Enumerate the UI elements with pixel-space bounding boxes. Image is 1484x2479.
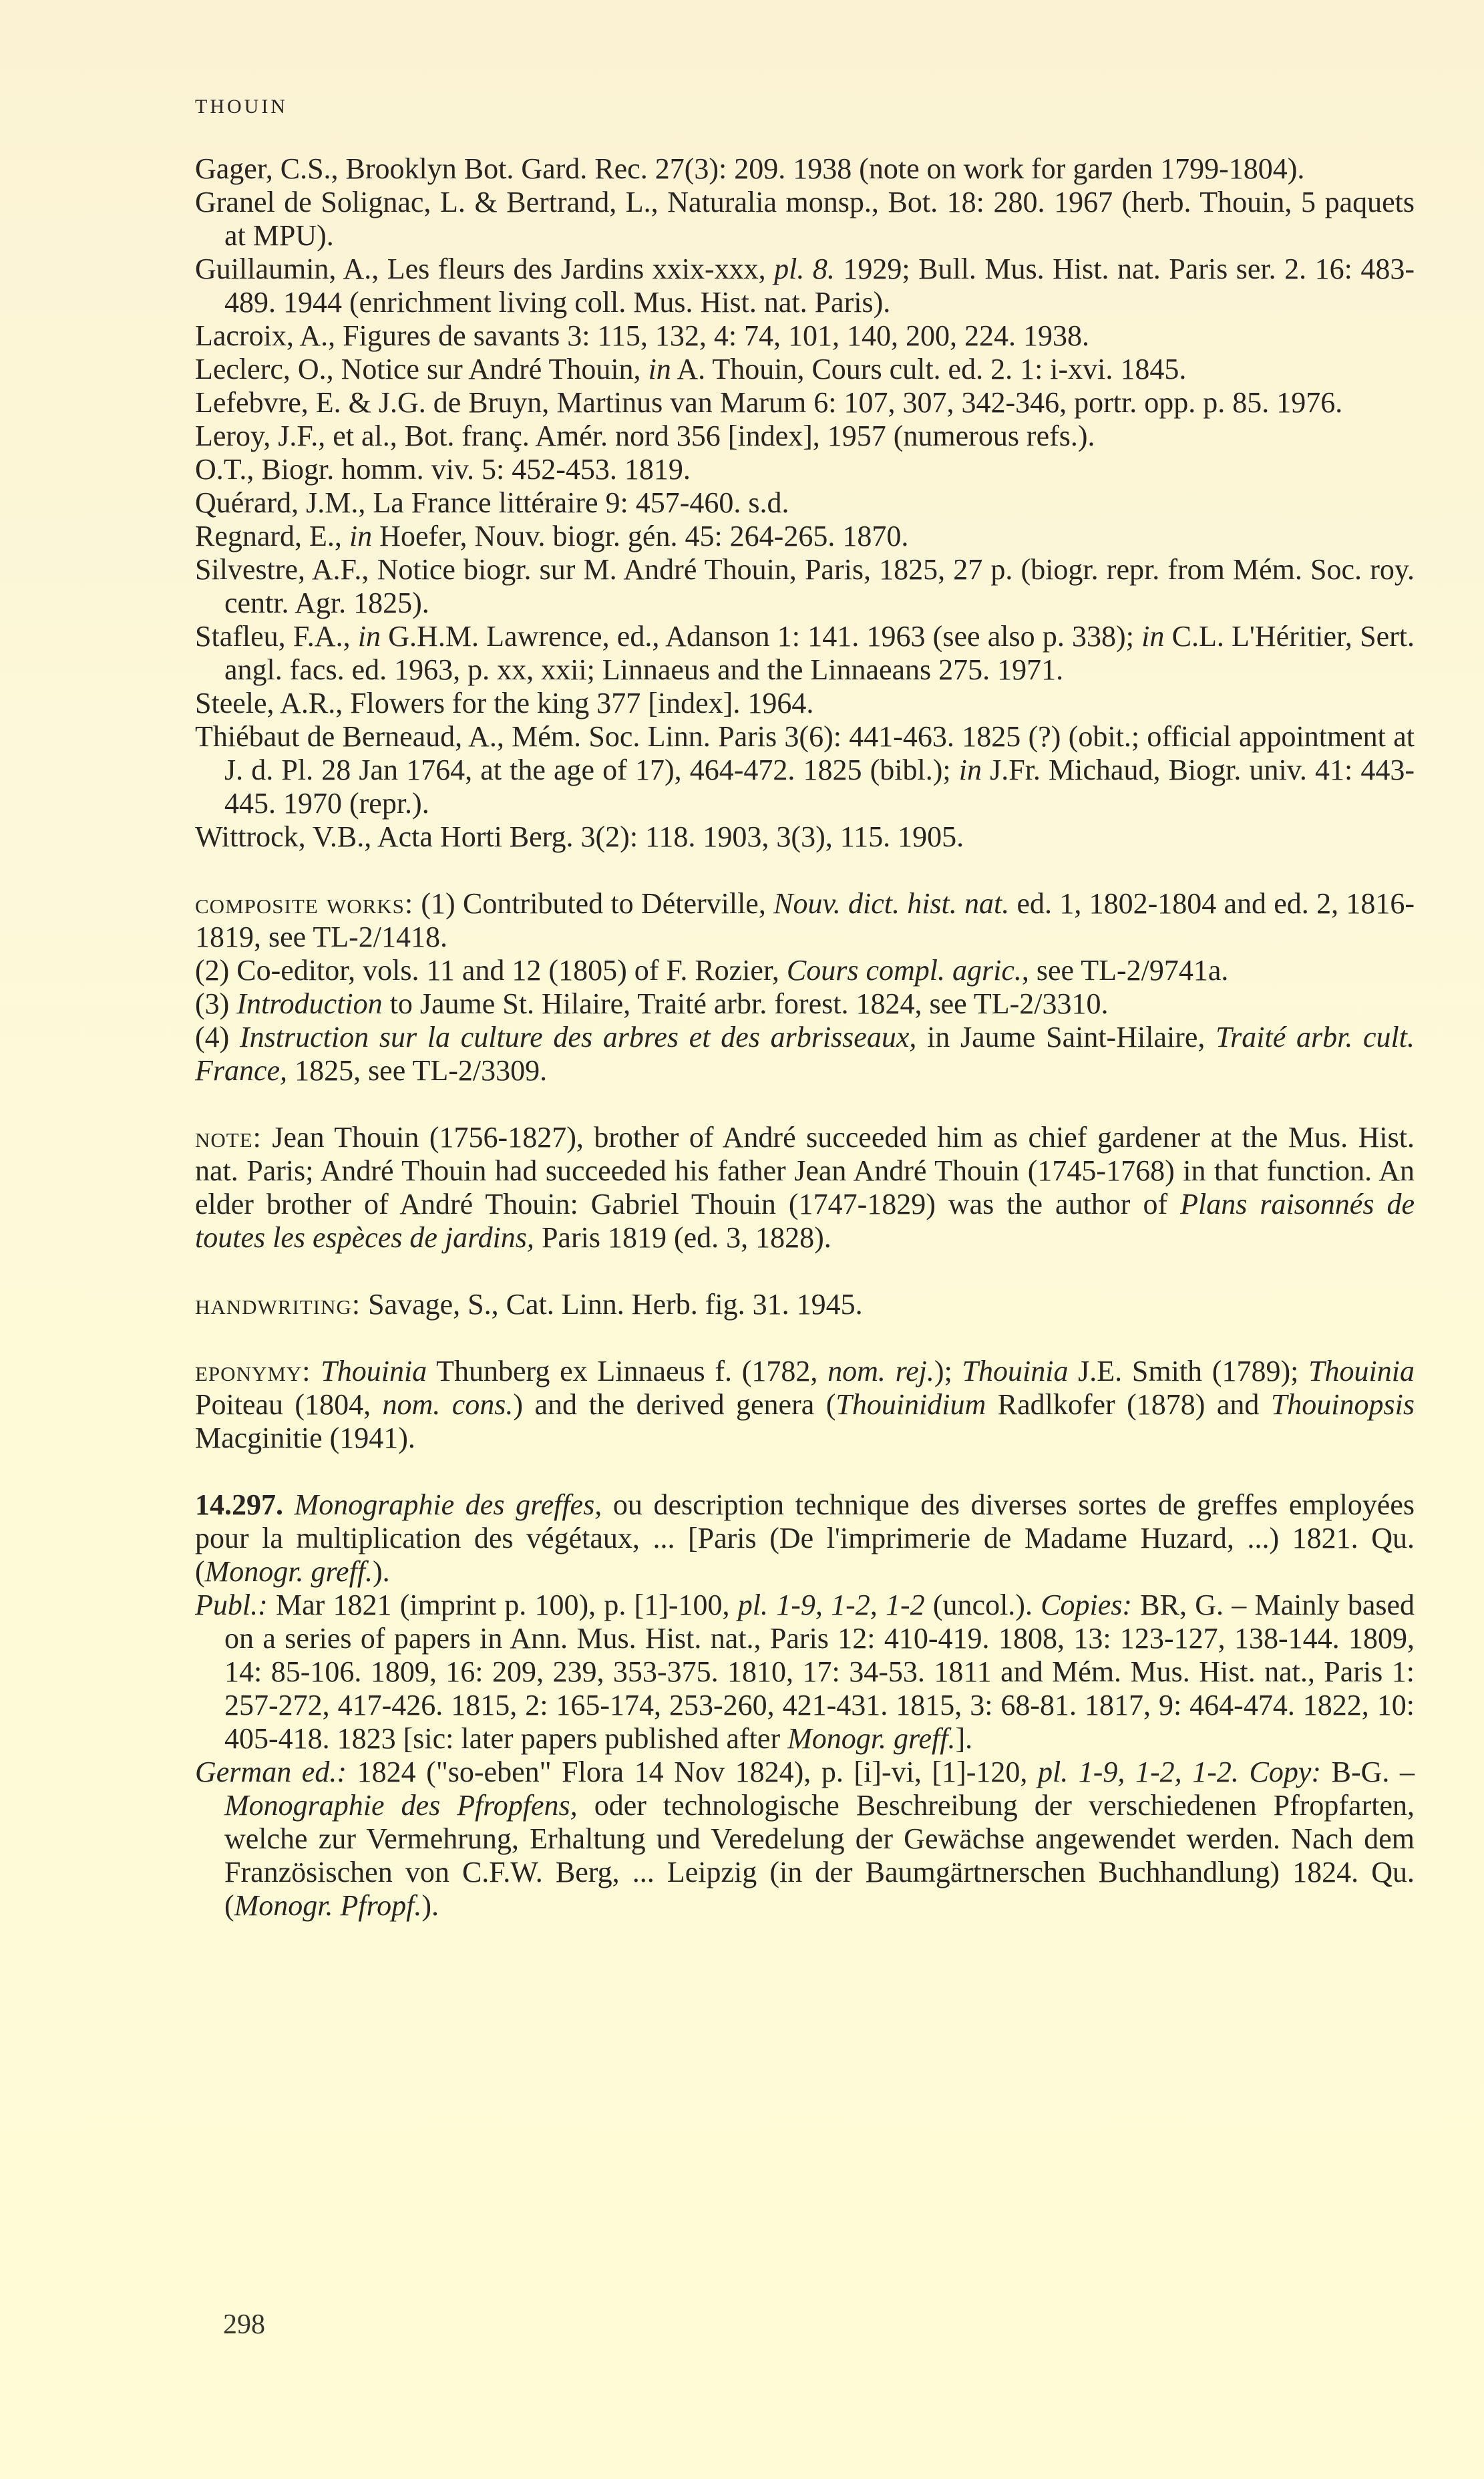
section-label: Composite works:: [195, 887, 413, 920]
composite-work-3: (3) Introduction to Jaume St. Hilaire, T…: [195, 987, 1415, 1021]
reference-entry: Leclerc, O., Notice sur André Thouin, in…: [195, 353, 1415, 386]
publication-details: Publ.: Mar 1821 (imprint p. 100), p. [1]…: [195, 1589, 1415, 1756]
bibliographic-entry-14297: 14.297. Monographie des greffes, ou desc…: [195, 1488, 1415, 1923]
biography-references: Gager, C.S., Brooklyn Bot. Gard. Rec. 27…: [195, 152, 1415, 854]
composite-work-1: Composite works: (1) Contributed to Déte…: [195, 887, 1415, 954]
reference-entry: Regnard, E., in Hoefer, Nouv. biogr. gén…: [195, 520, 1415, 553]
reference-entry: Wittrock, V.B., Acta Horti Berg. 3(2): 1…: [195, 820, 1415, 854]
running-head: THOUIN: [195, 96, 288, 118]
reference-entry: Lefebvre, E. & J.G. de Bruyn, Martinus v…: [195, 386, 1415, 420]
reference-entry: Thiébaut de Berneaud, A., Mém. Soc. Linn…: [195, 720, 1415, 820]
reference-entry: Granel de Solignac, L. & Bertrand, L., N…: [195, 186, 1415, 253]
section-label: Eponymy:: [195, 1355, 311, 1387]
composite-works-section: Composite works: (1) Contributed to Déte…: [195, 887, 1415, 1088]
composite-work-4: (4) Instruction sur la culture des arbre…: [195, 1021, 1415, 1088]
reference-entry: Silvestre, A.F., Notice biogr. sur M. An…: [195, 553, 1415, 620]
page-number: 298: [223, 2309, 265, 2341]
handwriting-section: Handwriting: Savage, S., Cat. Linn. Herb…: [195, 1288, 1415, 1321]
german-edition: German ed.: 1824 ("so-eben" Flora 14 Nov…: [195, 1756, 1415, 1923]
page-body: Gager, C.S., Brooklyn Bot. Gard. Rec. 27…: [195, 152, 1415, 1923]
reference-entry: Stafleu, F.A., in G.H.M. Lawrence, ed., …: [195, 620, 1415, 687]
entry-title: 14.297. Monographie des greffes, ou desc…: [195, 1488, 1415, 1589]
note-section: Note: Jean Thouin (1756-1827), brother o…: [195, 1121, 1415, 1255]
reference-entry: O.T., Biogr. homm. viv. 5: 452-453. 1819…: [195, 453, 1415, 486]
reference-entry: Quérard, J.M., La France littéraire 9: 4…: [195, 486, 1415, 520]
composite-work-2: (2) Co-editor, vols. 11 and 12 (1805) of…: [195, 954, 1415, 987]
reference-entry: Guillaumin, A., Les fleurs des Jardins x…: [195, 253, 1415, 319]
reference-entry: Steele, A.R., Flowers for the king 377 […: [195, 687, 1415, 720]
reference-entry: Lacroix, A., Figures de savants 3: 115, …: [195, 319, 1415, 353]
eponymy-section: Eponymy: Thouinia Thunberg ex Linnaeus f…: [195, 1355, 1415, 1455]
section-label: Handwriting:: [195, 1288, 361, 1321]
section-label: Note:: [195, 1121, 262, 1154]
reference-entry: Leroy, J.F., et al., Bot. franç. Amér. n…: [195, 420, 1415, 453]
reference-entry: Gager, C.S., Brooklyn Bot. Gard. Rec. 27…: [195, 152, 1415, 186]
entry-number: 14.297.: [195, 1488, 283, 1521]
